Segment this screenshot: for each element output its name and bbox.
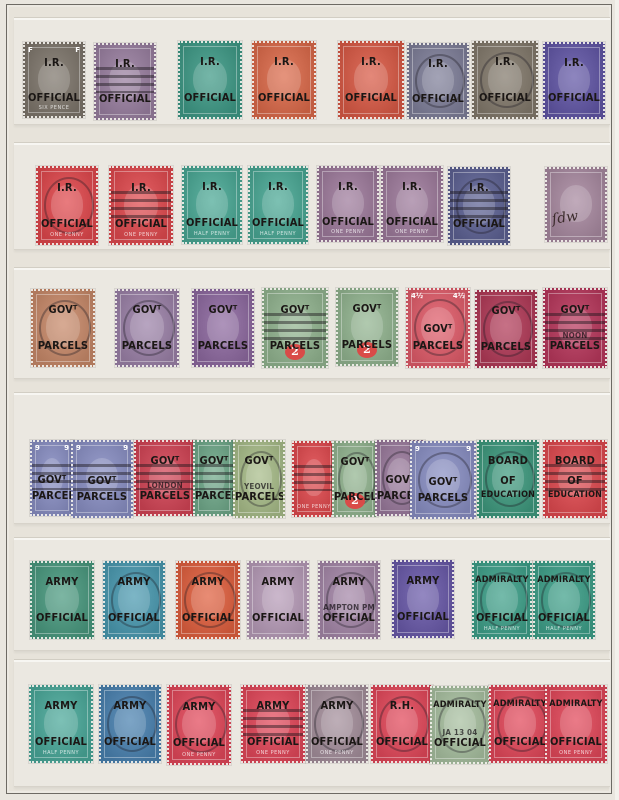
stamp[interactable]: ARMYOFFICIAL [103, 561, 165, 639]
stamp[interactable]: ſdw [545, 167, 607, 242]
corner-value: 9 [415, 445, 420, 453]
overprint-text: OFFICIAL [432, 737, 488, 748]
overprint-text: I.R. [25, 57, 83, 68]
stamp-strip [14, 143, 610, 250]
overprint-text: PARCELS [235, 491, 283, 502]
stamp[interactable]: I.R.OFFICIALONE PENNY [109, 166, 173, 245]
overprint-text: EDUCATION [479, 491, 537, 500]
overprint-text: R.H. [373, 700, 431, 711]
stamp[interactable]: ARMYOFFICIAL [247, 561, 309, 639]
overprint-text: ARMY [101, 700, 159, 711]
stamp[interactable]: I.R.OFFICIAL [338, 41, 404, 119]
overprint-text: OFFICIAL [409, 93, 467, 104]
overprint-text: OFFICIAL [320, 612, 378, 623]
overprint-text: ARMY [31, 700, 91, 711]
overprint-text: I.R. [184, 181, 240, 192]
value-tablet: ONE PENNY [319, 229, 377, 235]
overprint-text: I.R. [383, 181, 441, 192]
postmark-text: YEOVIL [235, 483, 283, 491]
overprint-text: BOARD [479, 455, 537, 466]
stamp[interactable]: GOVᵀPARCELS [31, 289, 95, 367]
value-tablet: ONE PENNY [383, 229, 441, 235]
stamp[interactable]: 4½4½GOVᵀPARCELS [406, 288, 470, 368]
overprint-text: ADMIRALTY [432, 701, 488, 710]
bar-cancel [193, 464, 235, 490]
corner-value: 4½ [453, 292, 465, 300]
overprint-text: ARMY [178, 576, 238, 587]
overprint-text: OFFICIAL [25, 92, 83, 103]
stamp[interactable]: ARMYOFFICIAL [30, 561, 94, 639]
stamp[interactable]: GOVᵀPARCELSNOON [543, 288, 607, 368]
overprint-text: PARCELS [477, 341, 535, 352]
stamp[interactable]: I.R.OFFICIALONE PENNY [317, 166, 379, 242]
stamp[interactable]: I.R.OFFICIALHALF PENNY [248, 166, 308, 244]
corner-value: F [75, 46, 80, 54]
stamp[interactable]: BOARDOFEDUCATION [477, 440, 539, 518]
overprint-text: GOVᵀ [195, 455, 233, 466]
bar-cancel [262, 313, 328, 340]
overprint-text: ARMY [308, 700, 366, 711]
stamp[interactable]: I.R.OFFICIALONE PENNY [36, 166, 98, 245]
overprint-text: OFFICIAL [373, 736, 431, 747]
corner-value: 9 [64, 444, 69, 452]
overprint-text: ADMIRALTY [491, 700, 549, 709]
overprint-text: PARCELS [117, 340, 177, 351]
overprint-text: GOVᵀ [33, 304, 93, 315]
overprint-text: I.R. [250, 181, 306, 192]
postmark-text: AMPTON PM [320, 604, 378, 612]
overprint-text: OFFICIAL [319, 216, 377, 227]
stamp[interactable]: ARMYOFFICIAL [392, 560, 454, 638]
bar-cancel [109, 191, 173, 218]
value-tablet: HALF PENNY [31, 750, 91, 756]
overprint-text: OFFICIAL [249, 612, 307, 623]
postmark-text: JA 13 04 [432, 729, 488, 737]
overprint-text: OFFICIAL [474, 92, 536, 103]
overprint-text: I.R. [180, 56, 240, 67]
postmark-text: NOON [545, 332, 605, 340]
stamp[interactable]: I.R.OFFICIAL [472, 41, 538, 119]
stamp[interactable]: I.R.OFFICIAL [543, 42, 605, 119]
overprint-text: PARCELS [33, 340, 93, 351]
stamp[interactable]: GOVᵀPARCELSLONDON [134, 440, 196, 516]
stamp[interactable]: ONE PENNY [292, 441, 336, 517]
stamp[interactable]: ARMYOFFICIALAMPTON PM [318, 561, 380, 639]
stamp[interactable]: ADMIRALTYOFFICIAL [489, 685, 551, 763]
corner-value: 9 [123, 444, 128, 452]
overprint-text: GOVᵀ [408, 323, 468, 334]
overprint-text: OFFICIAL [184, 217, 240, 228]
bar-cancel [241, 709, 305, 736]
overprint-text: I.R. [450, 182, 508, 193]
overprint-text: OFFICIAL [450, 218, 508, 229]
postmark-text: LONDON [136, 482, 194, 490]
overprint-text: PARCELS [264, 340, 326, 351]
stamp[interactable]: GOVᵀPARCELSYEOVIL [233, 440, 285, 518]
stamp[interactable]: ARMYOFFICIAL [99, 685, 161, 763]
overprint-text: OFFICIAL [178, 612, 238, 623]
overprint-text: PARCELS [195, 490, 233, 501]
stamp[interactable]: I.R.OFFICIAL [178, 41, 242, 119]
stamp[interactable]: GOVᵀPARCELS [115, 289, 179, 367]
overprint-text: I.R. [545, 57, 603, 68]
bar-cancel [448, 191, 510, 218]
overprint-text: ARMY [394, 575, 452, 586]
stamp[interactable]: I.R.OFFICIAL [407, 43, 469, 119]
overprint-text: I.R. [474, 56, 536, 67]
overprint-text: OFFICIAL [383, 216, 441, 227]
corner-value: 9 [35, 444, 40, 452]
overprint-text: OFFICIAL [38, 218, 96, 229]
overprint-text: GOVᵀ [477, 305, 535, 316]
overprint-text: ARMY [249, 576, 307, 587]
corner-value: 9 [76, 444, 81, 452]
overprint-text: OFFICIAL [340, 92, 402, 103]
overprint-text: GOVᵀ [32, 474, 72, 485]
value-tablet: HALF PENNY [250, 231, 306, 237]
overprint-text: OFFICIAL [111, 218, 171, 229]
overprint-text: GOVᵀ [235, 455, 283, 466]
overprint-text: I.R. [111, 182, 171, 193]
overprint-text: OFFICIAL [474, 612, 530, 623]
overprint-text: ARMY [32, 576, 92, 587]
overprint-text: OFFICIAL [547, 736, 605, 747]
value-tablet: ONE PENNY [111, 232, 171, 238]
stamp[interactable]: I.R.OFFICIAL [252, 41, 316, 119]
stamp[interactable]: 2GOVᵀPARCELS [262, 288, 328, 368]
overprint-text: GOVᵀ [264, 304, 326, 315]
overprint-text: OFFICIAL [31, 736, 91, 747]
overprint-text: PARCELS [408, 340, 468, 351]
overprint-text: OFFICIAL [254, 92, 314, 103]
overprint-text: PARCELS [32, 490, 72, 501]
stamp[interactable]: ADMIRALTYOFFICIALHALF PENNY [472, 561, 532, 639]
overprint-text: PARCELS [73, 491, 131, 502]
overprint-text: I.R. [96, 58, 154, 69]
overprint-text: GOVᵀ [545, 304, 605, 315]
overprint-text: PARCELS [194, 340, 252, 351]
value-tablet: ONE PENNY [38, 232, 96, 238]
overprint-text: OFFICIAL [32, 612, 92, 623]
overprint-text: ARMY [243, 700, 303, 711]
overprint-text: ADMIRALTY [547, 700, 605, 709]
overprint-text: BOARD [545, 455, 605, 466]
value-tablet: ONE PENNY [308, 750, 366, 756]
overprint-text: PARCELS [136, 490, 194, 501]
overprint-text: EDUCATION [545, 491, 605, 500]
overprint-text: OFFICIAL [308, 736, 366, 747]
overprint-text: PARCELS [334, 491, 376, 502]
stamp[interactable]: GOVᵀPARCELS [193, 440, 235, 516]
overprint-text: I.R. [319, 181, 377, 192]
stamp[interactable]: I.R.OFFICIAL [448, 167, 510, 245]
overprint-text: PARCELS [412, 492, 474, 503]
corner-value: F [28, 46, 33, 54]
overprint-text: OFFICIAL [491, 736, 549, 747]
value-tablet: ONE PENNY [169, 752, 229, 758]
overprint-text: OF [545, 475, 605, 486]
stamp[interactable]: ARMYOFFICIALONE PENNY [241, 685, 305, 763]
overprint-text: OFFICIAL [96, 93, 154, 104]
value-tablet: ONE PENNY [294, 504, 334, 510]
overprint-text: GOVᵀ [117, 304, 177, 315]
overprint-text: ADMIRALTY [474, 576, 530, 585]
value-tablet: SIX PENCE [25, 105, 83, 111]
value-tablet: ONE PENNY [547, 750, 605, 756]
overprint-text: GOVᵀ [194, 304, 252, 315]
overprint-text: GOVᵀ [412, 476, 474, 487]
value-tablet: HALF PENNY [184, 231, 240, 237]
overprint-text: OFFICIAL [394, 611, 452, 622]
stamp[interactable]: ARMYOFFICIALHALF PENNY [29, 685, 93, 763]
stamp[interactable]: ADMIRALTYOFFICIALONE PENNY [545, 685, 607, 763]
overprint-text: ARMY [320, 576, 378, 587]
corner-value: 4½ [411, 292, 423, 300]
overprint-text: ADMIRALTY [535, 576, 593, 585]
stamp[interactable]: I.R.OFFICIALONE PENNY [381, 166, 443, 242]
overprint-text: OF [479, 475, 537, 486]
overprint-text: GOVᵀ [338, 303, 396, 314]
stamp[interactable]: 2GOVᵀPARCELS [332, 441, 378, 517]
value-tablet: HALF PENNY [535, 626, 593, 632]
stamp[interactable]: I.R.OFFICIAL [94, 43, 156, 120]
stamp[interactable]: ARMYOFFICIALONE PENNY [167, 685, 231, 765]
corner-value: 9 [466, 445, 471, 453]
value-tablet: ONE PENNY [243, 750, 303, 756]
overprint-text: I.R. [254, 56, 314, 67]
overprint-text: PARCELS [338, 339, 396, 350]
overprint-text: GOVᵀ [334, 456, 376, 467]
overprint-text: OFFICIAL [243, 736, 303, 747]
overprint-text: GOVᵀ [136, 455, 194, 466]
stamp[interactable]: ARMYOFFICIAL [176, 561, 240, 639]
stamp[interactable]: BOARDOFEDUCATION [543, 440, 607, 518]
overprint-text: ARMY [169, 701, 229, 712]
overprint-text: OFFICIAL [545, 92, 603, 103]
overprint-text: OFFICIAL [250, 217, 306, 228]
stamp[interactable]: ARMYOFFICIALONE PENNY [306, 685, 368, 763]
stamp[interactable]: GOVᵀPARCELS [192, 289, 254, 367]
stamp[interactable]: ADMIRALTYOFFICIALHALF PENNY [533, 561, 595, 639]
overprint-text: OFFICIAL [535, 612, 593, 623]
overprint-text: I.R. [340, 56, 402, 67]
stamp[interactable]: 99GOVᵀPARCELS [410, 441, 476, 519]
page-edge [615, 0, 619, 800]
overprint-text: OFFICIAL [101, 736, 159, 747]
stamp[interactable]: 99GOVᵀPARCELS [30, 440, 74, 516]
stamp[interactable]: ADMIRALTYOFFICIALJA 13 04 [430, 686, 490, 764]
overprint-text: ARMY [105, 576, 163, 587]
overprint-text: PARCELS [545, 340, 605, 351]
overprint-text: GOVᵀ [73, 475, 131, 486]
stamp[interactable]: 2GOVᵀPARCELS [336, 288, 398, 366]
stamp[interactable]: 99GOVᵀPARCELS [71, 440, 133, 518]
value-tablet: HALF PENNY [474, 626, 530, 632]
overprint-text: OFFICIAL [105, 612, 163, 623]
stamp[interactable]: R.H.OFFICIAL [371, 685, 433, 763]
overprint-text: OFFICIAL [180, 92, 240, 103]
stamp[interactable]: FFI.R.OFFICIALSIX PENCE [23, 42, 85, 118]
stamp[interactable]: I.R.OFFICIALHALF PENNY [182, 166, 242, 244]
overprint-text: OFFICIAL [169, 737, 229, 748]
overprint-text: I.R. [409, 58, 467, 69]
bar-cancel [292, 465, 336, 491]
stamp[interactable]: GOVᵀPARCELS [475, 290, 537, 368]
overprint-text: I.R. [38, 182, 96, 193]
bar-cancel [94, 67, 156, 93]
